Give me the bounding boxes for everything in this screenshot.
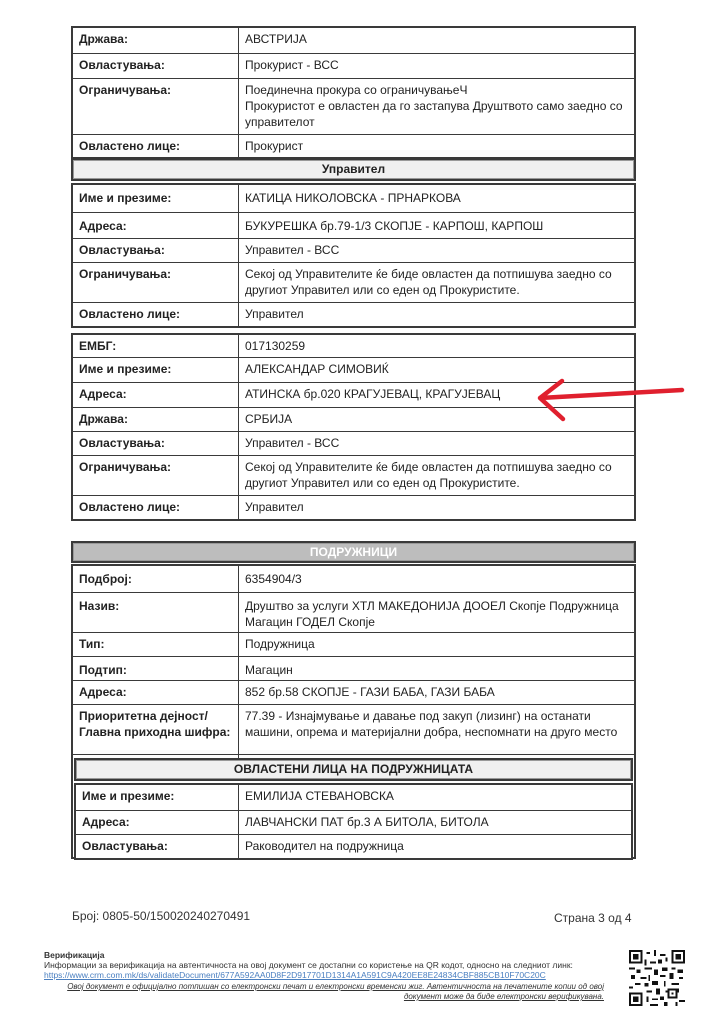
- row-label: Назив:: [73, 593, 239, 632]
- row-label: Овластено лице:: [73, 303, 239, 326]
- section-header-manager: Управител: [71, 158, 636, 181]
- table-row: Држава: АВСТРИЈА: [73, 28, 634, 53]
- row-label: Овластувања:: [73, 239, 239, 262]
- row-value: 852 бр.58 СКОПЈЕ - ГАЗИ БАБА, ГАЗИ БАБА: [239, 681, 634, 704]
- branch-table: Подброј: 6354904/3 Назив: Друштво за усл…: [71, 564, 636, 758]
- verification-note: Овој документ е официјално потпишан со е…: [44, 982, 604, 1002]
- row-value: Раководител на подружница: [239, 835, 631, 858]
- row-label: Овластено лице:: [73, 135, 239, 157]
- row-label: Држава:: [73, 408, 239, 431]
- row-value: Друштво за услуги ХТЛ МАКЕДОНИЈА ДООЕЛ С…: [239, 593, 634, 632]
- row-label: Адреса:: [73, 681, 239, 704]
- table-row: Овластено лице: Управител: [73, 302, 634, 326]
- row-value: Прокурист: [239, 135, 634, 157]
- row-label: Тип:: [73, 633, 239, 656]
- manager-table-1: Име и презиме: КАТИЦА НИКОЛОВСКА - ПРНАР…: [71, 183, 636, 328]
- table-row: Подтип: Магацин: [73, 656, 634, 680]
- row-label: Име и презиме:: [76, 785, 239, 810]
- table-row: Овластено лице: Управител: [73, 495, 634, 519]
- table-row: Име и презиме: ЕМИЛИЈА СТЕВАНОВСКА: [76, 785, 631, 810]
- row-label: Ограничувања:: [73, 456, 239, 495]
- row-label: Ограничувања:: [73, 79, 239, 134]
- row-value: 017130259: [239, 335, 634, 357]
- table-row: Овластено лице: Прокурист: [73, 134, 634, 157]
- row-value: Поединечна прокура со ограничувањеЧ Прок…: [239, 79, 634, 134]
- procurist-table: Држава: АВСТРИЈА Овластувања: Прокурист …: [71, 26, 636, 159]
- row-value: АЛЕКСАНДАР СИМОВИЌ: [239, 358, 634, 382]
- table-row: Назив: Друштво за услуги ХТЛ МАКЕДОНИЈА …: [73, 592, 634, 632]
- table-row: Подброј: 6354904/3: [73, 566, 634, 592]
- row-value: ЕМИЛИЈА СТЕВАНОВСКА: [239, 785, 631, 810]
- table-row: Име и презиме: АЛЕКСАНДАР СИМОВИЌ: [73, 357, 634, 382]
- row-label: Овластувања:: [76, 835, 239, 858]
- qr-code-icon[interactable]: [629, 950, 685, 1006]
- row-value: Подружница: [239, 633, 634, 656]
- row-label: Подброј:: [73, 566, 239, 592]
- row-value: Управител: [239, 496, 634, 519]
- row-value: ЛАВЧАНСКИ ПАТ бр.3 А БИТОЛА, БИТОЛА: [239, 811, 631, 834]
- branch-person-table: Име и презиме: ЕМИЛИЈА СТЕВАНОВСКА Адрес…: [74, 783, 633, 860]
- row-value: Магацин: [239, 657, 634, 680]
- value-line: Прокуристот е овластен да го застапува Д…: [245, 98, 628, 130]
- table-row: ЕМБГ: 017130259: [73, 335, 634, 357]
- row-value: БУКУРЕШКА бр.79-1/3 СКОПЈЕ - КАРПОШ, КАР…: [239, 213, 634, 238]
- row-value: 77.39 - Изнајмување и давање под закуп (…: [239, 705, 634, 758]
- table-row: Адреса: ЛАВЧАНСКИ ПАТ бр.3 А БИТОЛА, БИТ…: [76, 810, 631, 834]
- value-line: Поединечна прокура со ограничувањеЧ: [245, 82, 628, 98]
- row-label: Адреса:: [73, 383, 239, 407]
- verification-text: Информации за верификација на автентично…: [44, 960, 604, 970]
- verification-title: Верификација: [44, 950, 604, 960]
- row-value: АТИНСКА бр.020 КРАГУЈЕВАЦ, КРАГУЈЕВАЦ: [239, 383, 634, 407]
- row-value: Управител: [239, 303, 634, 326]
- row-label: Име и презиме:: [73, 185, 239, 212]
- manager-table-2: ЕМБГ: 017130259 Име и презиме: АЛЕКСАНДА…: [71, 333, 636, 521]
- table-row: Адреса: БУКУРЕШКА бр.79-1/3 СКОПЈЕ - КАР…: [73, 212, 634, 238]
- row-value: Управител - ВСС: [239, 239, 634, 262]
- table-row: Име и презиме: КАТИЦА НИКОЛОВСКА - ПРНАР…: [73, 185, 634, 212]
- row-value: СРБИЈА: [239, 408, 634, 431]
- table-row: Ограничувања: Секој од Управителите ќе б…: [73, 455, 634, 495]
- table-row: Овластувања: Управител - ВСС: [73, 238, 634, 262]
- row-value: Управител - ВСС: [239, 432, 634, 455]
- row-label: Држава:: [73, 28, 239, 53]
- row-value: АВСТРИЈА: [239, 28, 634, 53]
- row-label: ЕМБГ:: [73, 335, 239, 357]
- row-label: Ограничувања:: [73, 263, 239, 302]
- verification-block: Верификација Информации за верификација …: [44, 950, 604, 1002]
- row-value: Секој од Управителите ќе биде овластен д…: [239, 263, 634, 302]
- verification-link[interactable]: https://www.crm.com.mk/ds/validateDocume…: [44, 970, 604, 980]
- row-value: 6354904/3: [239, 566, 634, 592]
- table-row: Ограничувања: Секој од Управителите ќе б…: [73, 262, 634, 302]
- table-row: Приоритетна дејност/ Главна приходна шиф…: [73, 704, 634, 758]
- row-label: Овластено лице:: [73, 496, 239, 519]
- row-value: Секој од Управителите ќе биде овластен д…: [239, 456, 634, 495]
- table-row: Ограничувања: Поединечна прокура со огра…: [73, 78, 634, 134]
- row-value: Прокурист - ВСС: [239, 54, 634, 78]
- row-label: Адреса:: [76, 811, 239, 834]
- row-label: Овластувања:: [73, 54, 239, 78]
- table-row: Држава: СРБИЈА: [73, 407, 634, 431]
- page-indicator: Страна 3 од 4: [554, 911, 632, 925]
- table-row: Тип: Подружница: [73, 632, 634, 656]
- row-value: КАТИЦА НИКОЛОВСКА - ПРНАРКОВА: [239, 185, 634, 212]
- row-label: Подтип:: [73, 657, 239, 680]
- table-row: Овластувања: Прокурист - ВСС: [73, 53, 634, 78]
- section-header-branch-persons: ОВЛАСТЕНИ ЛИЦА НА ПОДРУЖНИЦАТА: [74, 758, 633, 781]
- table-row: Овластувања: Управител - ВСС: [73, 431, 634, 455]
- row-label: Адреса:: [73, 213, 239, 238]
- row-label: Овластувања:: [73, 432, 239, 455]
- table-row: Адреса: АТИНСКА бр.020 КРАГУЈЕВАЦ, КРАГУ…: [73, 382, 634, 407]
- row-label: Име и презиме:: [73, 358, 239, 382]
- row-label: Приоритетна дејност/ Главна приходна шиф…: [73, 705, 239, 758]
- table-row: Адреса: 852 бр.58 СКОПЈЕ - ГАЗИ БАБА, ГА…: [73, 680, 634, 704]
- table-row: Овластувања: Раководител на подружница: [76, 834, 631, 858]
- section-header-branches: ПОДРУЖНИЦИ: [71, 541, 636, 563]
- document-number: Број: 0805-50/150020240270491: [72, 909, 250, 923]
